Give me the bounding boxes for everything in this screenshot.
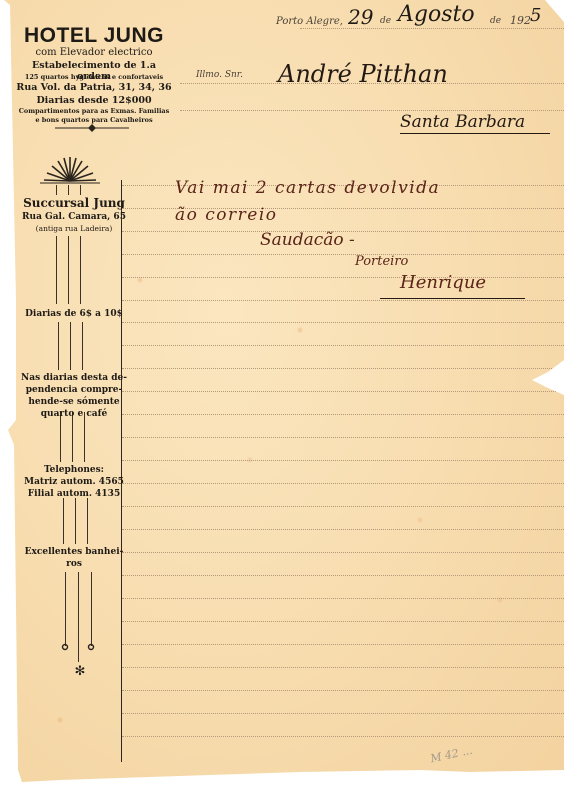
- deco-line: [68, 236, 69, 304]
- ruled-line: [122, 644, 564, 645]
- rates-note: Nas diarias desta de- pendencia compre- …: [20, 372, 128, 420]
- rates-text: Diarias de 6$ a 10$: [20, 308, 128, 320]
- date-year-prefix: 192: [510, 14, 531, 27]
- deco-line: [58, 322, 59, 370]
- ruled-line: [122, 575, 564, 576]
- ruled-line: [122, 529, 564, 530]
- diamond-divider-icon: [55, 124, 129, 132]
- body-line2: ão correio: [175, 205, 278, 225]
- phone-branch: Filial autom. 4135: [20, 488, 128, 500]
- ruled-line: [180, 110, 564, 111]
- branch-title: Succursal Jung: [20, 196, 128, 210]
- ruled-line: [122, 254, 564, 255]
- branch-address: Rua Gal. Camara, 65: [20, 212, 128, 222]
- asterisk-ornament-icon: ✻: [70, 664, 90, 679]
- place-label: Porto Alegre,: [276, 16, 343, 27]
- ruled-line: [122, 667, 564, 668]
- letter-paper: HOTEL JUNG com Elevador electrico Estabe…: [0, 0, 564, 784]
- ruled-line: [122, 690, 564, 691]
- deco-line: [82, 322, 83, 370]
- deco-line: [63, 498, 64, 544]
- baths-block: Excellentes banhei- ros: [20, 546, 128, 570]
- date-de1: de: [380, 16, 391, 26]
- hotel-title: HOTEL JUNG: [14, 24, 174, 48]
- deco-line: [70, 322, 71, 370]
- letterhead-line4: Diarias desde 12$000: [14, 95, 174, 106]
- rates-note-line: pendencia compre-: [20, 384, 128, 396]
- ruled-line: [122, 713, 564, 714]
- deco-line: [80, 236, 81, 304]
- sunburst-ornament-icon: [40, 155, 100, 191]
- ruled-line: [122, 391, 564, 392]
- baths-line: ros: [20, 558, 128, 570]
- hotel-subtitle: com Elevador electrico: [14, 47, 174, 58]
- ruled-line: [122, 277, 564, 278]
- body-closing: Saudacão -: [260, 230, 355, 250]
- ruled-line: [122, 506, 564, 507]
- ruled-line: [122, 368, 564, 369]
- ruled-line: [122, 300, 564, 301]
- letterhead-line2: 125 quartos hygienicos e confortaveis: [14, 73, 174, 81]
- deco-line: [68, 185, 69, 195]
- body-role: Porteiro: [355, 254, 408, 269]
- deco-line: [56, 185, 57, 195]
- recipient-name: André Pitthan: [278, 60, 448, 88]
- telephones-block: Telephones: Matriz autom. 4565 Filial au…: [20, 464, 128, 500]
- ruled-line: [122, 460, 564, 461]
- date-month: Agosto: [398, 2, 475, 27]
- body-line1: Vai mai 2 cartas devolvida: [175, 178, 440, 198]
- ruled-line: [122, 598, 564, 599]
- ruled-line: [122, 414, 564, 415]
- deco-line: [65, 572, 66, 646]
- ruled-line: [122, 437, 564, 438]
- rates-note-line: hende-se sómente: [20, 396, 128, 408]
- deco-line: [87, 498, 88, 544]
- deco-line: [56, 236, 57, 304]
- letterhead-line3: Rua Vol. da Patria, 31, 34, 36: [14, 82, 174, 93]
- body-signature: Henrique: [400, 272, 486, 293]
- date-de2: de: [490, 16, 501, 26]
- signature-underline: [380, 298, 525, 299]
- recipient-location: Santa Barbara: [400, 112, 550, 134]
- phone-main: Matriz autom. 4565: [20, 476, 128, 488]
- ruled-line: [122, 483, 564, 484]
- ruled-line: [122, 736, 564, 737]
- phones-title: Telephones:: [20, 464, 128, 476]
- salutation-label: Illmo. Snr.: [196, 70, 243, 80]
- deco-line: [75, 498, 76, 544]
- deco-line: [91, 572, 92, 646]
- ruled-line: [122, 345, 564, 346]
- ruled-line: [300, 28, 564, 29]
- curl-ends-icon: [61, 642, 97, 652]
- ruled-line: [122, 621, 564, 622]
- rates-note-line: Nas diarias desta de-: [20, 372, 128, 384]
- baths-line: Excellentes banhei-: [20, 546, 128, 558]
- rates-note-line: quarto e café: [20, 408, 128, 420]
- deco-line: [80, 185, 81, 195]
- branch-note: (antiga rua Ladeira): [20, 224, 128, 233]
- ruled-line: [122, 552, 564, 553]
- letterhead-line6: e bons quartos para Cavalheiros: [14, 116, 174, 124]
- date-day: 29: [348, 5, 373, 29]
- letterhead-line5: Compartimentos para as Exmas. Familias: [14, 107, 174, 115]
- ruled-line: [122, 322, 564, 323]
- date-year-suffix: 5: [530, 5, 541, 26]
